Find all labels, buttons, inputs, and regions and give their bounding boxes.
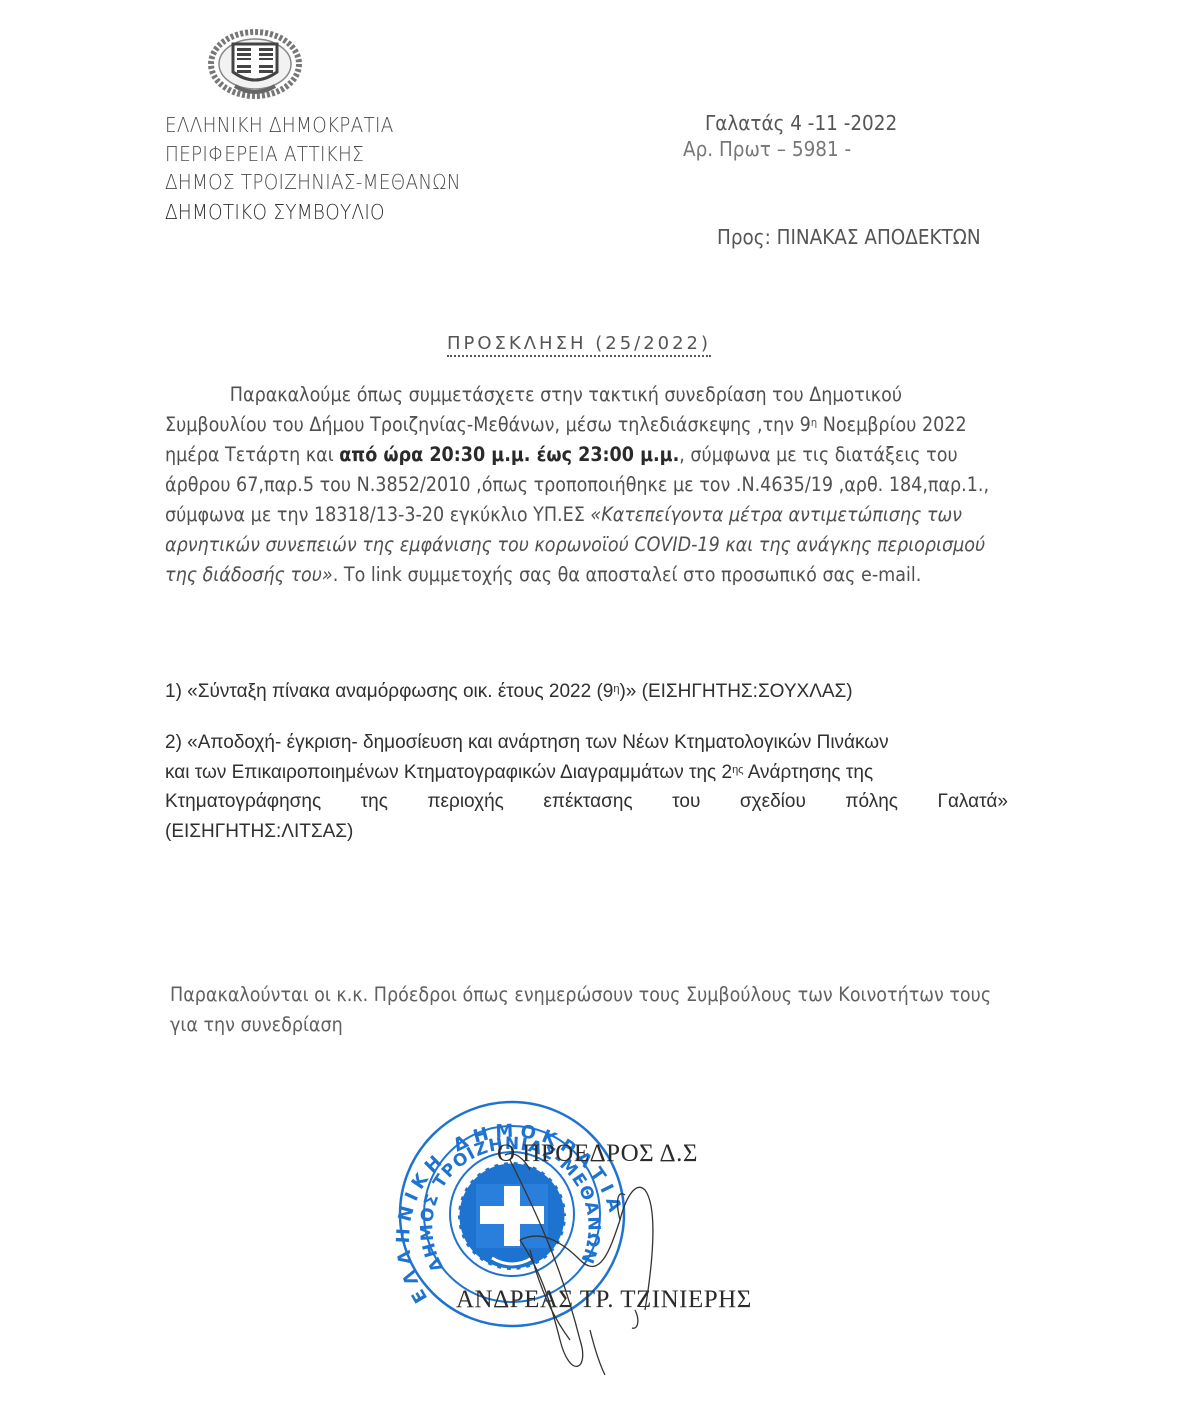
meeting-time: από ώρα 20:30 μ.μ. έως 23:00 μ.μ. bbox=[339, 443, 679, 466]
body-line-4: άρθρου 67,παρ.5 του Ν.3852/2010 ,όπως τρ… bbox=[165, 470, 912, 500]
protocol-number: Αρ. Πρωτ – 5981 - bbox=[683, 137, 851, 161]
body-line-1: Παρακαλούμε όπως συμμετάσχετε στην τακτι… bbox=[165, 380, 912, 410]
closing-note: Παρακαλούνται οι κ.κ. Πρόεδροι όπως ενημ… bbox=[170, 980, 991, 1040]
handwritten-signature-icon bbox=[500, 1140, 700, 1380]
body-line-3: ημέρα Τετάρτη και από ώρα 20:30 μ.μ. έως… bbox=[165, 440, 912, 470]
place-date: Γαλατάς 4 -11 -2022 bbox=[705, 111, 897, 135]
invitation-paragraph: Παρακαλούμε όπως συμμετάσχετε στην τακτι… bbox=[165, 380, 912, 590]
agenda-item-2: 2) «Αποδοχή- έγκριση- δημοσίευση και ανά… bbox=[165, 728, 1008, 846]
agenda-item-1: 1) «Σύνταξη πίνακα αναμόρφωσης οικ. έτου… bbox=[165, 677, 853, 707]
body-line-5: σύμφωνα με την 18318/13-3-20 εγκύκλιο ΥΠ… bbox=[165, 500, 912, 530]
header-country: ΕΛΛΗΝΙΚΗ ΔΗΜΟΚΡΑΤΙΑ bbox=[165, 113, 394, 137]
document-title: ΠΡΟΣΚΛΗΣΗ (25/2022) bbox=[447, 333, 711, 357]
header-municipality: ΔΗΜΟΣ ΤΡΟΙΖΗΝΙΑΣ-ΜΕΘΑΝΩΝ bbox=[165, 170, 461, 194]
body-line-2: Συμβουλίου του Δήμου Τροιζηνίας-Μεθάνων,… bbox=[165, 410, 912, 440]
greek-coat-of-arms-icon bbox=[207, 28, 303, 100]
body-line-6: αρνητικών συνεπειών της εμφάνισης του κο… bbox=[165, 530, 912, 560]
body-line-7: της διάδοσής του». Το link συμμετοχής σα… bbox=[165, 560, 912, 590]
header-region: ΠΕΡΙΦΕΡΕΙΑ ΑΤΤΙΚΗΣ bbox=[165, 142, 364, 166]
header-council: ΔΗΜΟΤΙΚΟ ΣΥΜΒΟΥΛΙΟ bbox=[165, 200, 385, 224]
recipient: Προς: ΠΙΝΑΚΑΣ ΑΠΟΔΕΚΤΩΝ bbox=[717, 225, 981, 249]
